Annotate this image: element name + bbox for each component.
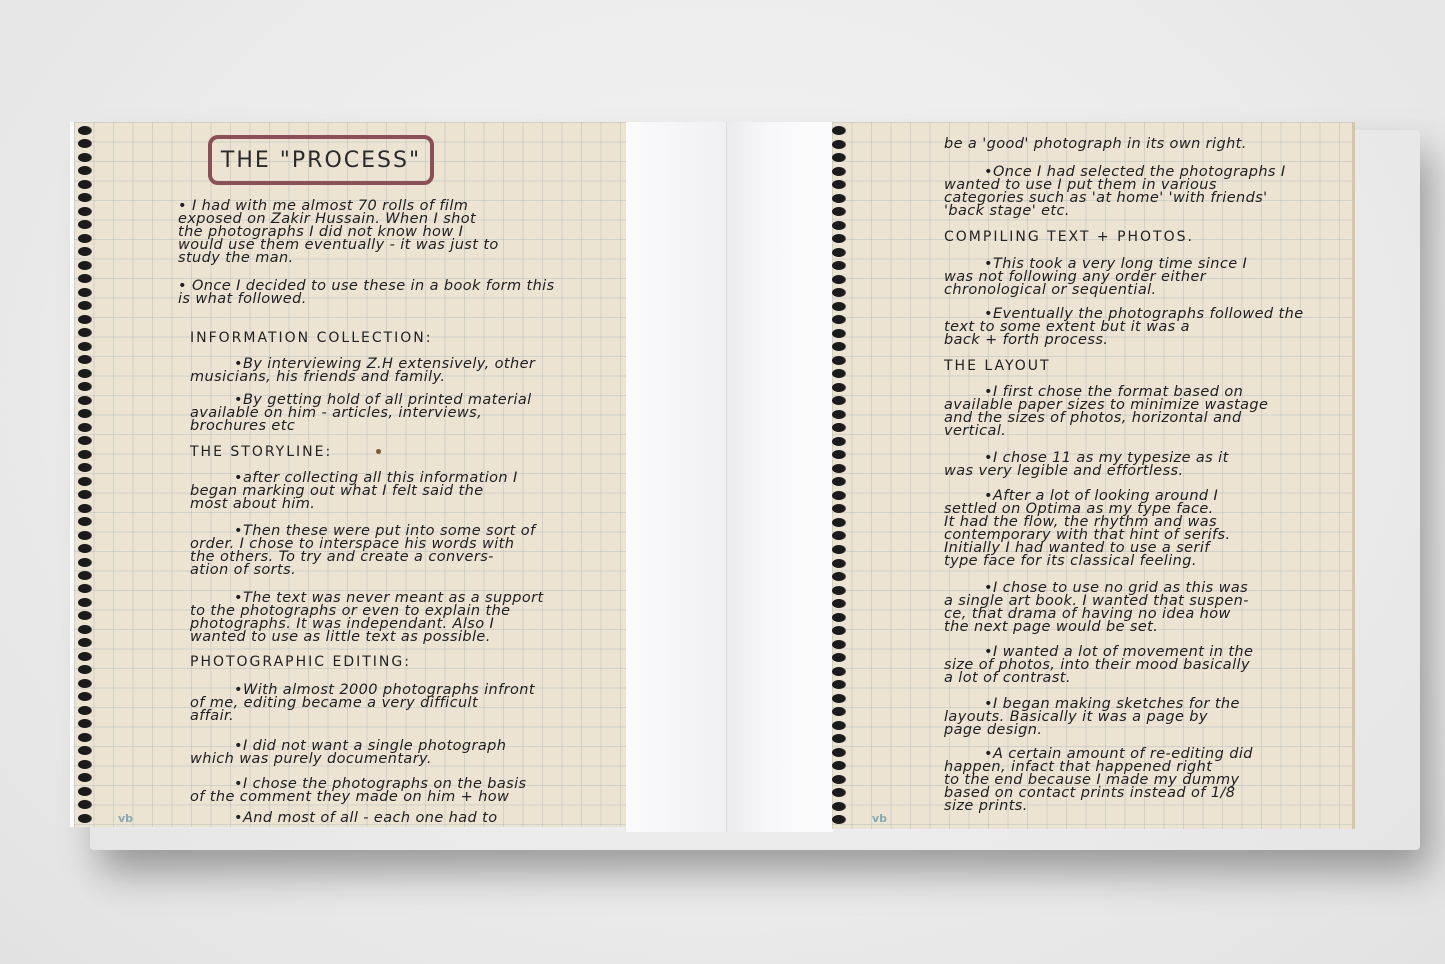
text-line: 'back stage' etc. [944,205,1286,218]
paragraph: •With almost 2000 photographs infront of… [190,684,535,723]
paragraph: •Eventually the photographs followed the… [944,308,1304,347]
blank-page-left [626,122,726,832]
paragraph: •I chose the photographs on the basis of… [190,778,527,804]
text-line: •And most of all - each one had to [190,812,498,825]
text-line: of me, editing became a very difficult [190,697,535,710]
publisher-logo-icon: vb [872,812,886,824]
ink-stain [376,449,381,454]
text-line: most about him. [190,498,518,511]
text-line: page design. [944,724,1240,737]
text-line: type face for its classical feeling. [944,555,1231,568]
text-line: size prints. [944,800,1253,813]
paragraph: •I first chose the format based on avail… [944,386,1268,438]
text-line: musicians, his friends and family. [190,371,535,384]
paragraph: •I did not want a single photograph whic… [190,740,506,766]
publisher-logo-icon: vb [118,812,132,824]
paragraph: •Then these were put into some sort of o… [190,525,535,577]
paragraph: •And most of all - each one had to [190,812,498,825]
paragraph: •I began making sketches for the layouts… [944,698,1240,737]
text-line: back + forth process. [944,334,1304,347]
text-line: wanted to use as little text as possible… [190,631,544,644]
paragraph: •After a lot of looking around I settled… [944,490,1231,568]
text-line: of the comment they made on him + how [190,791,527,804]
text-line: vertical. [944,425,1268,438]
text-line: be a 'good' photograph in its own right. [944,138,1247,151]
text-line: was very legible and effortless. [944,465,1229,478]
blank-page-right [726,122,833,832]
text-line: study the man. [178,252,499,265]
paragraph: be a 'good' photograph in its own right. [944,138,1247,151]
text-line: which was purely documentary. [190,753,506,766]
text-line: chronological or sequential. [944,284,1247,297]
paragraph: •I chose to use no grid as this was a si… [944,582,1249,634]
paragraph: •I chose 11 as my typesize as it was ver… [944,452,1229,478]
paragraph: •The text was never meant as a support t… [190,592,544,644]
section-heading: INFORMATION COLLECTION: [190,330,433,346]
text-line: is what followed. [178,293,555,306]
text-line: ation of sorts. [190,564,535,577]
text-line: the next page would be set. [944,621,1249,634]
text-line: a lot of contrast. [944,672,1253,685]
paragraph: •after collecting all this information I… [190,472,518,511]
text-line: affair. [190,710,535,723]
text-line: brochures etc [190,420,532,433]
section-heading: COMPILING TEXT + PHOTOS. [944,229,1194,245]
left-page-content: THE "PROCESS" • I had with me almost 70 … [74,122,630,827]
paragraph: •Once I had selected the photographs I w… [944,166,1286,218]
paragraph: •I wanted a lot of movement in the size … [944,646,1253,685]
paragraph: • Once I decided to use these in a book … [178,280,555,306]
paragraph: •This took a very long time since I was … [944,258,1247,297]
page-title: THE "PROCESS" [208,135,434,185]
right-page-content: be a 'good' photograph in its own right.… [832,122,1352,829]
book-spread: THE "PROCESS" • I had with me almost 70 … [0,0,1445,964]
section-heading: THE LAYOUT [944,358,1051,374]
paragraph: • I had with me almost 70 rolls of film … [178,200,499,265]
paragraph: •A certain amount of re-editing did happ… [944,748,1253,813]
paragraph: •By interviewing Z.H extensively, other … [190,358,535,384]
paragraph: •By getting hold of all printed material… [190,394,532,433]
left-notebook-page: THE "PROCESS" • I had with me almost 70 … [70,122,630,827]
section-heading: THE STORYLINE: [190,444,332,460]
section-heading: PHOTOGRAPHIC EDITING: [190,654,411,670]
right-notebook-page: be a 'good' photograph in its own right.… [832,122,1355,829]
